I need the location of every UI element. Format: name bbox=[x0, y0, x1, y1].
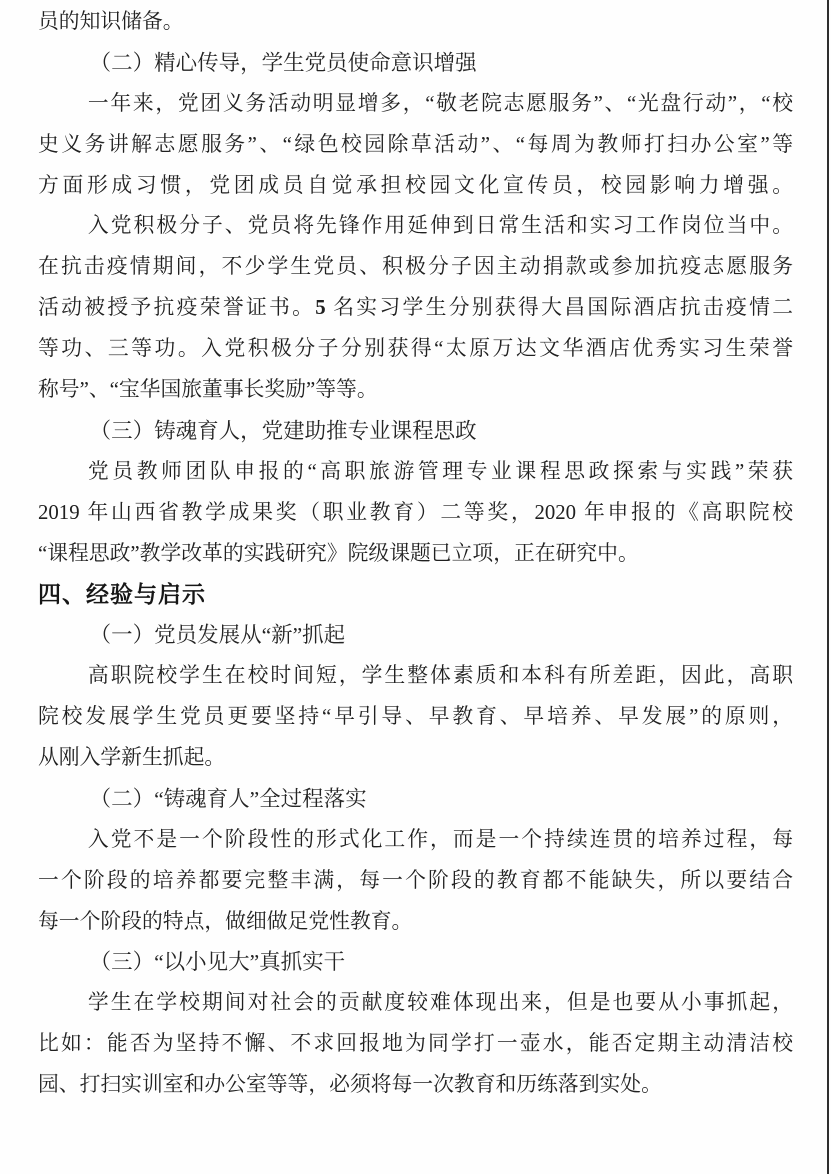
text-segment: （三）铸魂育人，党建助推专业课程思政 bbox=[90, 419, 477, 443]
page-text: 员的知识储备。（二）精心传导，学生党员使命意识增强一年来，党团义务活动明显增多，… bbox=[38, 2, 793, 1106]
text-line: 员的知识储备。 bbox=[38, 2, 793, 43]
heading-4: 四、经验与启示 bbox=[38, 574, 793, 615]
text-line: 史义务讲解志愿服务”、“绿色校园除草活动”、“每周为教师打扫办公室”等 bbox=[38, 125, 793, 166]
text-line: 一年来，党团义务活动明显增多，“敬老院志愿服务”、“光盘行动”，“校 bbox=[38, 84, 793, 125]
text-segment: 在抗击疫情期间，不少学生党员、积极分子因主动捐款或参加抗疫志愿服务 bbox=[38, 255, 793, 278]
text-segment: 党员教师团队申报的“高职旅游管理专业课程思政探索与实践”荣获 bbox=[88, 460, 793, 483]
text-line: 活动被授予抗疫荣誉证书。5 名实习学生分别获得大昌国际酒店抗击疫情二 bbox=[38, 288, 793, 329]
document-page: 员的知识储备。（二）精心传导，学生党员使命意识增强一年来，党团义务活动明显增多，… bbox=[0, 0, 831, 1174]
text-segment: 称号”、“宝华国旅董事长奖励”等等。 bbox=[38, 378, 378, 401]
text-segment: 园、打扫实训室和办公室等等，必须将每一次教育和历练落到实处。 bbox=[38, 1073, 662, 1096]
text-segment: 学生在学校期间对社会的贡献度较难体现出来，但是也要从小事抓起， bbox=[88, 991, 793, 1014]
text-segment: 史义务讲解志愿服务”、“绿色校园除草活动”、“每周为教师打扫办公室”等 bbox=[38, 133, 793, 156]
subheading-4-1: （一）党员发展从“新”抓起 bbox=[38, 615, 793, 656]
text-segment: 入党积极分子、党员将先锋作用延伸到日常生活和实习工作岗位当中。 bbox=[88, 214, 793, 237]
text-segment: （二）精心传导，学生党员使命意识增强 bbox=[90, 51, 477, 75]
text-line: 高职院校学生在校时间短，学生整体素质和本科有所差距，因此，高职 bbox=[38, 656, 793, 697]
text-segment: 员的知识储备。 bbox=[38, 10, 184, 33]
subheading-4-2: （二）“铸魂育人”全过程落实 bbox=[38, 779, 793, 820]
text-segment: 比如：能否为坚持不懈、不求回报地为同学打一壶水，能否定期主动清洁校 bbox=[38, 1032, 793, 1055]
text-line: 2019 年山西省教学成果奖（职业教育）二等奖，2020 年申报的《高职院校 bbox=[38, 493, 793, 534]
text-line: 学生在学校期间对社会的贡献度较难体现出来，但是也要从小事抓起， bbox=[38, 983, 793, 1024]
text-segment: 一个阶段的培养都要完整丰满，每一个阶段的教育都不能缺失，所以要结合 bbox=[38, 869, 793, 892]
text-line: 党员教师团队申报的“高职旅游管理专业课程思政探索与实践”荣获 bbox=[38, 452, 793, 493]
paragraph-whole-process: 入党不是一个阶段性的形式化工作，而是一个持续连贯的培养过程，每一个阶段的培养都要… bbox=[38, 820, 793, 943]
text-line: （一）党员发展从“新”抓起 bbox=[38, 615, 793, 656]
paragraph-activities: 一年来，党团义务活动明显增多，“敬老院志愿服务”、“光盘行动”，“校史义务讲解志… bbox=[38, 84, 793, 207]
text-segment: 从刚入学新生抓起。 bbox=[38, 746, 225, 769]
paragraph-early-guidance: 高职院校学生在校时间短，学生整体素质和本科有所差距，因此，高职院校发展学生党员更… bbox=[38, 656, 793, 779]
subheading-2: （二）精心传导，学生党员使命意识增强 bbox=[38, 43, 793, 84]
text-segment: 高职院校学生在校时间短，学生整体素质和本科有所差距，因此，高职 bbox=[88, 664, 793, 687]
text-segment: 院校发展学生党员更要坚持“早引导、早教育、早培养、早发展”的原则， bbox=[38, 705, 793, 728]
text-line: 等功、三等功。入党积极分子分别获得“太原万达文华酒店优秀实习生荣誉 bbox=[38, 329, 793, 370]
text-line: 四、经验与启示 bbox=[38, 574, 793, 615]
subheading-4-3: （三）“以小见大”真抓实干 bbox=[38, 942, 793, 983]
text-segment: 方面形成习惯，党团成员自觉承担校园文化宣传员，校园影响力增强。 bbox=[38, 174, 793, 197]
text-segment: “课程思政”教学改革的实践研究》院级课题已立项，正在研究中。 bbox=[38, 542, 639, 565]
paragraph-pioneer-role: 入党积极分子、党员将先锋作用延伸到日常生活和实习工作岗位当中。在抗击疫情期间，不… bbox=[38, 206, 793, 410]
text-line: （二）精心传导，学生党员使命意识增强 bbox=[38, 43, 793, 84]
paragraph-small-deeds: 学生在学校期间对社会的贡献度较难体现出来，但是也要从小事抓起，比如：能否为坚持不… bbox=[38, 983, 793, 1106]
text-line: 入党积极分子、党员将先锋作用延伸到日常生活和实习工作岗位当中。 bbox=[38, 206, 793, 247]
text-segment: （二）“铸魂育人”全过程落实 bbox=[90, 787, 367, 811]
subheading-3: （三）铸魂育人，党建助推专业课程思政 bbox=[38, 411, 793, 452]
text-segment: （一）党员发展从“新”抓起 bbox=[90, 623, 346, 647]
paragraph-curriculum: 党员教师团队申报的“高职旅游管理专业课程思政探索与实践”荣获2019 年山西省教… bbox=[38, 452, 793, 575]
text-line: 入党不是一个阶段性的形式化工作，而是一个持续连贯的培养过程，每 bbox=[38, 820, 793, 861]
text-segment: 名实习学生分别获得大昌国际酒店抗击疫情二 bbox=[326, 296, 793, 319]
text-segment: 每一个阶段的特点，做细做足党性教育。 bbox=[38, 910, 412, 933]
text-line: 比如：能否为坚持不懈、不求回报地为同学打一壶水，能否定期主动清洁校 bbox=[38, 1024, 793, 1065]
bold-text-segment: 5 bbox=[315, 296, 325, 319]
text-line: （三）“以小见大”真抓实干 bbox=[38, 942, 793, 983]
text-segment: 四、经验与启示 bbox=[38, 581, 206, 607]
paragraph-carryover: 员的知识储备。 bbox=[38, 2, 793, 43]
text-line: 在抗击疫情期间，不少学生党员、积极分子因主动捐款或参加抗疫志愿服务 bbox=[38, 247, 793, 288]
text-line: 园、打扫实训室和办公室等等，必须将每一次教育和历练落到实处。 bbox=[38, 1065, 793, 1106]
text-segment: （三）“以小见大”真抓实干 bbox=[90, 950, 346, 974]
text-line: 每一个阶段的特点，做细做足党性教育。 bbox=[38, 902, 793, 943]
text-line: 称号”、“宝华国旅董事长奖励”等等。 bbox=[38, 370, 793, 411]
text-segment: 入党不是一个阶段性的形式化工作，而是一个持续连贯的培养过程，每 bbox=[88, 828, 793, 851]
text-line: 院校发展学生党员更要坚持“早引导、早教育、早培养、早发展”的原则， bbox=[38, 697, 793, 738]
text-line: （三）铸魂育人，党建助推专业课程思政 bbox=[38, 411, 793, 452]
scan-edge-line bbox=[827, 0, 829, 1174]
text-line: （二）“铸魂育人”全过程落实 bbox=[38, 779, 793, 820]
text-segment: 活动被授予抗疫荣誉证书。 bbox=[38, 296, 315, 319]
text-segment: 等功、三等功。入党积极分子分别获得“太原万达文华酒店优秀实习生荣誉 bbox=[38, 337, 793, 360]
text-line: 方面形成习惯，党团成员自觉承担校园文化宣传员，校园影响力增强。 bbox=[38, 166, 793, 207]
text-segment: 一年来，党团义务活动明显增多，“敬老院志愿服务”、“光盘行动”，“校 bbox=[88, 92, 793, 115]
text-line: 从刚入学新生抓起。 bbox=[38, 738, 793, 779]
text-line: 一个阶段的培养都要完整丰满，每一个阶段的教育都不能缺失，所以要结合 bbox=[38, 861, 793, 902]
text-segment: 2019 年山西省教学成果奖（职业教育）二等奖，2020 年申报的《高职院校 bbox=[38, 501, 793, 524]
text-line: “课程思政”教学改革的实践研究》院级课题已立项，正在研究中。 bbox=[38, 534, 793, 575]
